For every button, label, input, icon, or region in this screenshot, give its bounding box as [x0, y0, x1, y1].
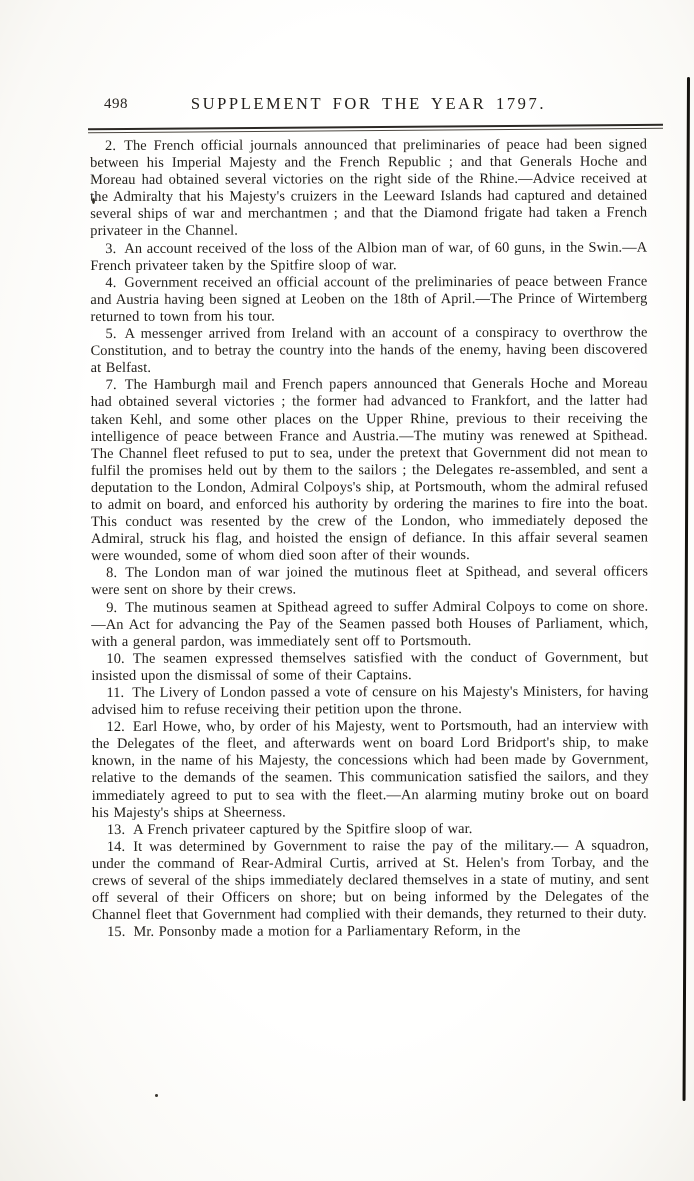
- paragraph: 11.The Livery of London passed a vote of…: [91, 684, 648, 720]
- paragraph-number: 7.: [106, 377, 117, 393]
- paragraph-text: Mr. Ponsonby made a motion for a Parliam…: [133, 923, 520, 940]
- scan-speck: [92, 198, 95, 204]
- paragraph: 14.It was determined by Government to ra…: [92, 837, 649, 924]
- paragraph: [92, 947, 649, 966]
- paragraph-number: 14.: [107, 839, 125, 855]
- paragraph-text: The London man of war joined the mutinou…: [91, 564, 648, 599]
- paragraph-text: The mutinous seamen at Spithead agreed t…: [91, 598, 648, 650]
- paragraph-text: A French privateer captured by the Spitf…: [133, 821, 472, 838]
- paragraph-text: Earl Howe, who, by order of his Majesty,…: [92, 718, 649, 821]
- page-header-title: SUPPLEMENT FOR THE YEAR 1797.: [90, 94, 647, 114]
- paragraph-number: 2.: [105, 138, 116, 154]
- paragraph: 9.The mutinous seamen at Spithead agreed…: [91, 598, 648, 651]
- paragraph-text: An account received of the loss of the A…: [90, 239, 647, 274]
- paragraph-number: 11.: [106, 685, 124, 701]
- page-body: 2.The French official journals announced…: [90, 137, 649, 966]
- paragraph-number: 3.: [105, 240, 116, 256]
- paragraph-text: Government received an official account …: [90, 273, 647, 325]
- paragraph: 13.A French privateer captured by the Sp…: [92, 820, 649, 839]
- paragraph: 7.The Hamburgh mail and French papers an…: [91, 376, 648, 565]
- page-edge-line: [683, 77, 690, 1101]
- paragraph-number: 5.: [105, 326, 116, 342]
- paragraph: 4.Government received an official accoun…: [90, 273, 647, 326]
- paragraph: 15.Mr. Ponsonby made a motion for a Parl…: [92, 923, 649, 942]
- paragraph: 8.The London man of war joined the mutin…: [91, 564, 648, 600]
- paragraph: 10.The seamen expressed themselves satis…: [91, 649, 648, 685]
- paragraph-text: The Livery of London passed a vote of ce…: [91, 684, 648, 719]
- paragraph-number: 10.: [106, 651, 124, 667]
- paragraph-number: 13.: [107, 822, 125, 838]
- paragraph-text: It was determined by Government to raise…: [92, 837, 649, 923]
- paragraph-number: 15.: [107, 924, 125, 940]
- paragraph-text: The seamen expressed themselves satisfie…: [91, 649, 648, 684]
- scan-speck: [155, 1094, 158, 1097]
- paragraph-text: The Hamburgh mail and French papers anno…: [91, 376, 648, 564]
- paragraph: 3.An account received of the loss of the…: [90, 239, 647, 275]
- paragraph: 12.Earl Howe, who, by order of his Majes…: [92, 718, 649, 822]
- paragraph-number: 12.: [107, 719, 125, 735]
- paragraph: 5.A messenger arrived from Ireland with …: [90, 325, 647, 378]
- paragraph-text: A messenger arrived from Ireland with an…: [91, 325, 648, 377]
- paragraph-text: The French official journals announced t…: [90, 137, 647, 240]
- scanned-page: 498 SUPPLEMENT FOR THE YEAR 1797. 2.The …: [0, 0, 694, 1181]
- paragraph-number: 9.: [106, 599, 117, 615]
- paragraph-number: 8.: [106, 565, 117, 581]
- paragraph: 2.The French official journals announced…: [90, 137, 647, 241]
- header-rule: [88, 124, 663, 134]
- paragraph-number: 4.: [105, 275, 116, 291]
